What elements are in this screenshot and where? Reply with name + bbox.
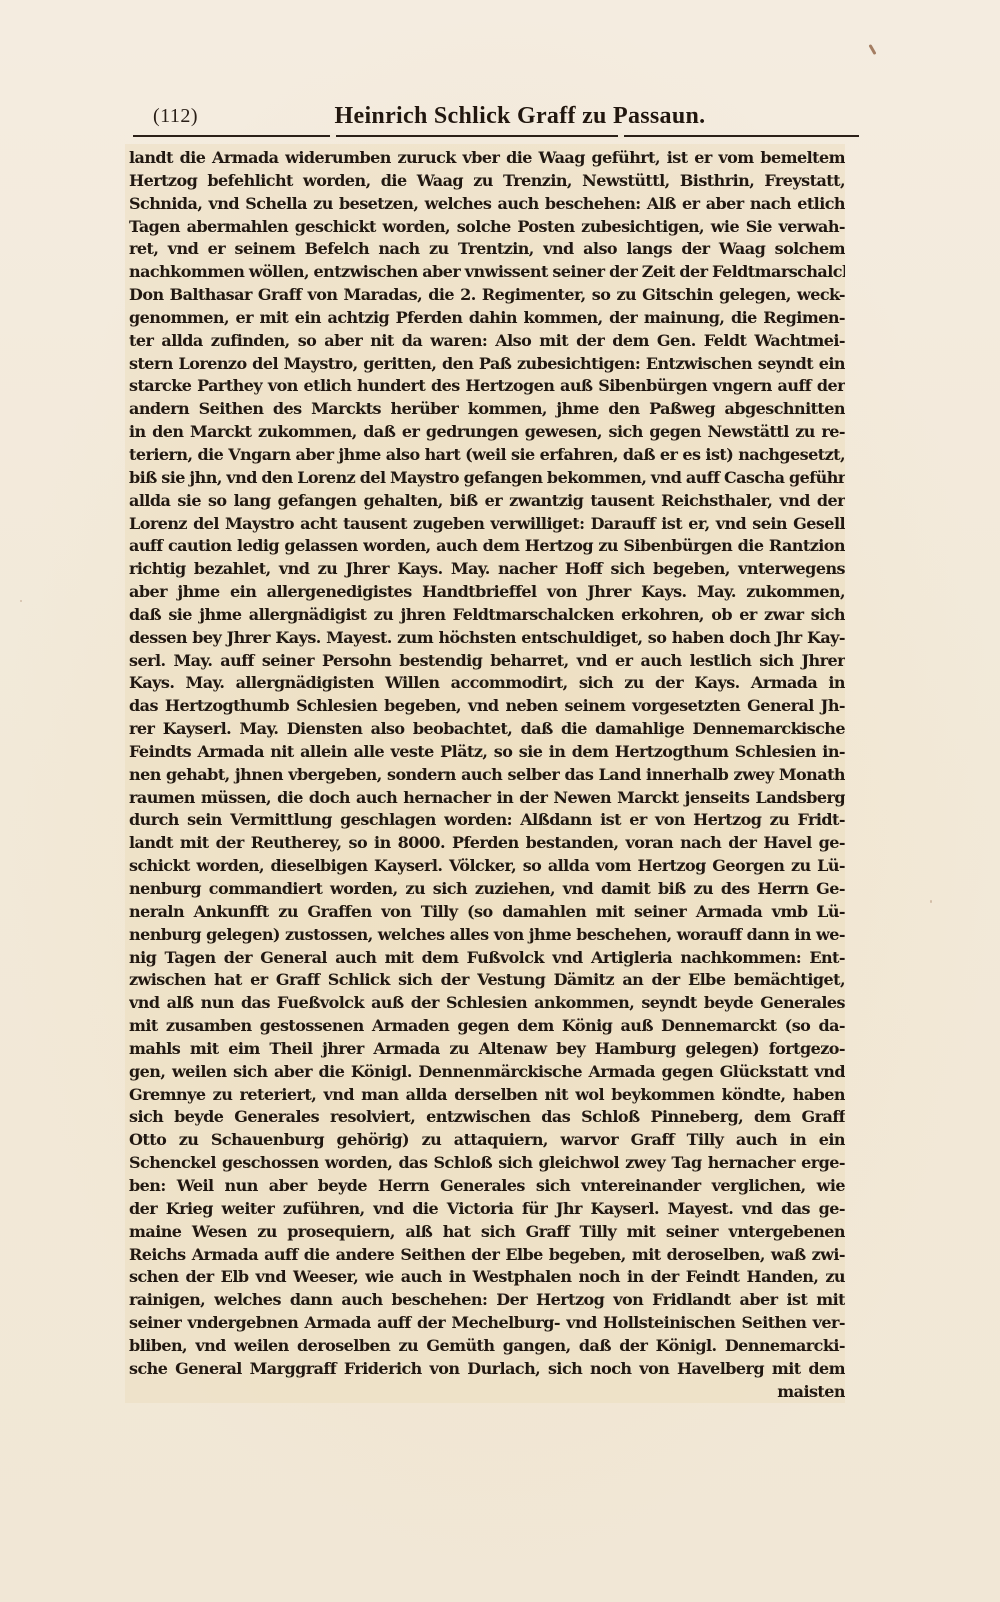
text-line: in den Marckt zukommen, daß er gedrungen… bbox=[129, 421, 845, 444]
text-line: zwischen hat er Graff Schlick sich der V… bbox=[129, 969, 845, 992]
text-line: maine Wesen zu prosequiern, alß hat sich… bbox=[129, 1221, 845, 1244]
text-line: Reichs Armada auff die andere Seithen de… bbox=[129, 1244, 845, 1267]
text-line: Lorenz del Maystro acht tausent zugeben … bbox=[129, 513, 845, 536]
header-rule-break bbox=[330, 133, 336, 139]
text-line: Feindts Armada nit allein alle veste Plä… bbox=[129, 741, 845, 764]
text-line: Don Balthasar Graff von Maradas, die 2. … bbox=[129, 284, 845, 307]
text-line: dessen bey Jhrer Kays. Mayest. zum höchs… bbox=[129, 627, 845, 650]
page-number: (112) bbox=[153, 105, 198, 128]
text-line: landt mit der Reutherey, so in 8000. Pfe… bbox=[129, 832, 845, 855]
paper-speck bbox=[20, 600, 22, 602]
page-header: (112) Heinrich Schlick Graff zu Passaun. bbox=[150, 103, 866, 133]
text-line: landt die Armada widerumben zuruck vber … bbox=[129, 147, 845, 170]
text-line: der Krieg weiter zuführen, vnd die Victo… bbox=[129, 1198, 845, 1221]
text-line: rer Kayserl. May. Diensten also beobacht… bbox=[129, 718, 845, 741]
text-line: nen gehabt, jhnen vbergeben, sondern auc… bbox=[129, 764, 845, 787]
body-text: landt die Armada widerumben zuruck vber … bbox=[125, 144, 845, 1403]
text-line: rainigen, welches dann auch beschehen: D… bbox=[129, 1289, 845, 1312]
text-line: Schenckel geschossen worden, das Schloß … bbox=[129, 1152, 845, 1175]
text-line: andern Seithen des Marckts herüber komme… bbox=[129, 398, 845, 421]
text-line: daß sie jhme allergnädigist zu jhren Fel… bbox=[129, 604, 845, 627]
text-line: ter allda zufinden, so aber nit da waren… bbox=[129, 330, 845, 353]
text-line: teriern, die Vngarn aber jhme also hart … bbox=[129, 444, 845, 467]
text-line: neraln Ankunfft zu Graffen von Tilly (so… bbox=[129, 901, 845, 924]
paper-speck bbox=[930, 900, 932, 903]
text-line: auff caution ledig gelassen worden, auch… bbox=[129, 535, 845, 558]
text-line: Otto zu Schauenburg gehörig) zu attaquie… bbox=[129, 1129, 845, 1152]
text-line: bliben, vnd weilen deroselben zu Gemüth … bbox=[129, 1335, 845, 1358]
paper-speck bbox=[868, 44, 876, 55]
catchword: maisten bbox=[129, 1381, 845, 1404]
text-line: gen, weilen sich aber die Königl. Dennen… bbox=[129, 1061, 845, 1084]
text-line: Hertzog befehlicht worden, die Waag zu T… bbox=[129, 170, 845, 193]
text-line: nig Tagen der General auch mit dem Fußvo… bbox=[129, 947, 845, 970]
text-line: mit zusamben gestossenen Armaden gegen d… bbox=[129, 1015, 845, 1038]
text-line: seiner vndergebnen Armada auff der Meche… bbox=[129, 1312, 845, 1335]
text-line: sche General Marggraff Friderich von Dur… bbox=[129, 1358, 845, 1381]
text-line: nachkommen wöllen, entzwischen aber vnwi… bbox=[129, 261, 845, 284]
running-title: Heinrich Schlick Graff zu Passaun. bbox=[320, 103, 720, 130]
text-line: das Hertzogthumb Schlesien begeben, vnd … bbox=[129, 695, 845, 718]
text-line: sich beyde Generales resolviert, entzwis… bbox=[129, 1106, 845, 1129]
text-line: schickt worden, dieselbigen Kayserl. Völ… bbox=[129, 855, 845, 878]
text-line: starcke Parthey von etlich hundert des H… bbox=[129, 375, 845, 398]
book-page: (112) Heinrich Schlick Graff zu Passaun.… bbox=[0, 0, 1000, 1602]
text-line: Kays. May. allergnädigisten Willen accom… bbox=[129, 672, 845, 695]
text-line: durch sein Vermittlung geschlagen worden… bbox=[129, 809, 845, 832]
text-line: vnd alß nun das Fueßvolck auß der Schles… bbox=[129, 992, 845, 1015]
text-line: serl. May. auff seiner Persohn bestendig… bbox=[129, 650, 845, 673]
text-line: schen der Elb vnd Weeser, wie auch in We… bbox=[129, 1266, 845, 1289]
text-line: allda sie so lang gefangen gehalten, biß… bbox=[129, 490, 845, 513]
text-line: ben: Weil nun aber beyde Herrn Generales… bbox=[129, 1175, 845, 1198]
header-rule-break bbox=[618, 133, 624, 139]
text-line: raumen müssen, die doch auch hernacher i… bbox=[129, 787, 845, 810]
text-line: stern Lorenzo del Maystro, geritten, den… bbox=[129, 353, 845, 376]
text-line: nenburg commandiert worden, zu sich zuzi… bbox=[129, 878, 845, 901]
text-line: biß sie jhn, vnd den Lorenz del Maystro … bbox=[129, 467, 845, 490]
header-rule bbox=[133, 135, 859, 137]
text-line: Schnida, vnd Schella zu besetzen, welche… bbox=[129, 193, 845, 216]
text-line: genommen, er mit ein achtzig Pferden dah… bbox=[129, 307, 845, 330]
text-line: richtig bezahlet, vnd zu Jhrer Kays. May… bbox=[129, 558, 845, 581]
text-line: ret, vnd er seinem Befelch nach zu Trent… bbox=[129, 238, 845, 261]
text-line: Tagen abermahlen geschickt worden, solch… bbox=[129, 216, 845, 239]
text-line: Gremnye zu reteriert, vnd man allda ders… bbox=[129, 1084, 845, 1107]
text-line: nenburg gelegen) zustossen, welches alle… bbox=[129, 924, 845, 947]
text-line: mahls mit eim Theil jhrer Armada zu Alte… bbox=[129, 1038, 845, 1061]
text-line: aber jhme ein allergenedigistes Handtbri… bbox=[129, 581, 845, 604]
